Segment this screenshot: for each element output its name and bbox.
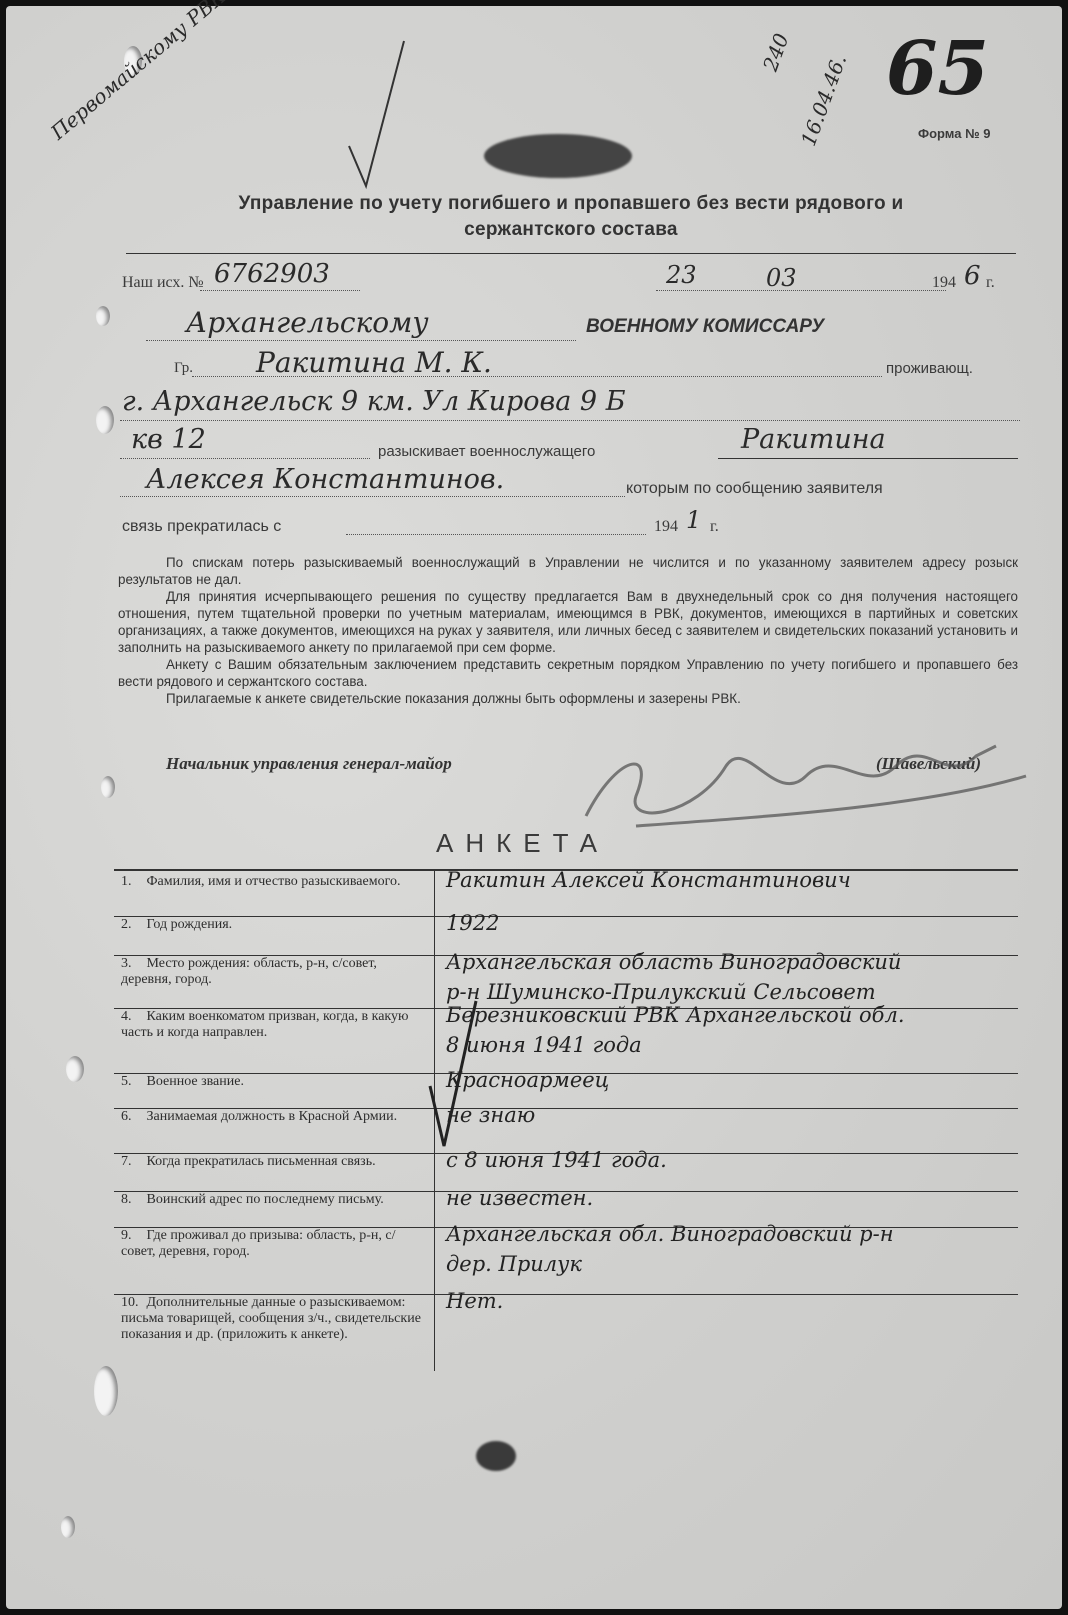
question-label: 5. Военное звание. [121, 1074, 426, 1090]
question-text: Где проживал до призыва: область, р-н, с… [121, 1228, 395, 1259]
residing-label: проживающ. [886, 360, 973, 377]
question-number: 7. [121, 1154, 143, 1170]
question-text: Место рождения: область, р-н, с/совет, д… [121, 956, 377, 987]
handwritten-signature [576, 726, 1036, 836]
question-text: Каким военкоматом призван, когда, в каку… [121, 1009, 408, 1040]
form-label: Форма № 9 [918, 126, 990, 141]
question-text: Военное звание. [143, 1074, 244, 1089]
punch-hole [61, 1516, 75, 1538]
punch-hole [96, 406, 114, 434]
punch-hole [101, 776, 115, 798]
address-underline-2 [120, 458, 370, 459]
question-number: 8. [121, 1192, 143, 1208]
addressee-note: Первомайскому РВК. [46, 0, 235, 144]
question-label: 4. Каким военкоматом призван, когда, в к… [121, 1009, 426, 1041]
question-text: Год рождения. [143, 917, 232, 932]
per-message-label: которым по сообщению заявителя [626, 480, 883, 498]
paragraph-3: Анкету с Вашим обязательным заключением … [118, 656, 1018, 690]
address-underline-1 [120, 420, 1020, 421]
question-label: 9. Где проживал до призыва: область, р-н… [121, 1228, 426, 1260]
header-title-1: Управление по учету погибшего и пропавше… [126, 193, 1016, 215]
paragraph-4: Прилагаемые к анкете свидетельские показ… [118, 690, 1018, 707]
question-label: 3. Место рождения: область, р-н, с/совет… [121, 956, 426, 988]
signature-position: Начальник управления генерал-майор [166, 754, 452, 774]
incoming-date: 16.04.46. [796, 51, 851, 149]
addressee-underline [146, 340, 576, 341]
ref-day: 23 [666, 261, 697, 289]
archival-document: Первомайскому РВК. 240 16.04.46. 65 Форм… [6, 6, 1062, 1609]
our-ref-label: Наш исх. № [122, 274, 204, 292]
paragraph-2: Для принятия исчерпывающего решения по с… [118, 588, 1018, 656]
question-answer: Березниковский РВК Архангельской обл. [446, 1003, 905, 1027]
paragraph-1: По спискам потерь разыскиваемый военносл… [118, 554, 1018, 588]
question-label: 1. Фамилия, имя и отчество разыскиваемог… [121, 874, 426, 890]
punch-hole [94, 1366, 118, 1416]
check-mark [426, 996, 486, 1166]
punch-hole [66, 1056, 84, 1082]
question-text: Когда прекратилась письменная связь. [143, 1154, 376, 1169]
ref-year-suffix: 6 [964, 261, 981, 291]
check-mark [344, 36, 424, 196]
question-answer: не известен. [446, 1186, 593, 1210]
question-label: 7. Когда прекратилась письменная связь. [121, 1154, 426, 1170]
lost-contact-underline [346, 534, 646, 535]
question-number: 9. [121, 1228, 143, 1244]
question-answer: Нет. [446, 1289, 503, 1313]
divider [126, 253, 1016, 254]
lost-year-prefix: 194 [654, 518, 678, 536]
question-number: 3. [121, 956, 143, 972]
ref-month: 03 [766, 264, 797, 292]
ref-underline [200, 290, 360, 291]
question-number: 4. [121, 1009, 143, 1025]
header-title-2: сержантского состава [126, 219, 1016, 241]
surname-underline [718, 458, 1018, 459]
question-label: 2. Год рождения. [121, 917, 426, 933]
question-answer: Архангельская обл. Виноградовский р-н [446, 1222, 894, 1246]
question-number: 1. [121, 874, 143, 890]
body-text: По спискам потерь разыскиваемый военносл… [118, 554, 1018, 707]
question-text: Воинский адрес по последнему письму. [143, 1192, 384, 1207]
ink-blot [476, 1441, 516, 1471]
questionnaire-title: АНКЕТА [436, 828, 609, 859]
address-line-2: кв 12 [131, 424, 206, 455]
question-label: 10. Дополнительные данные о разыскиваемо… [121, 1295, 426, 1343]
question-label: 6. Занимаемая должность в Красной Армии. [121, 1109, 426, 1125]
ref-year-g: г. [986, 274, 995, 292]
question-number: 2. [121, 917, 143, 933]
page-number: 65 [886, 26, 989, 112]
soldier-name-underline [120, 496, 625, 497]
question-answer: 1922 [446, 911, 499, 935]
applicant-name: Ракитина М. К. [256, 346, 492, 379]
ink-blot [484, 134, 632, 178]
question-number: 5. [121, 1074, 143, 1090]
searches-label: разыскивает военнослужащего [378, 443, 595, 460]
question-answer: Ракитин Алексей Константинович [446, 868, 851, 892]
our-ref-number: 6762903 [214, 259, 330, 289]
date-underline [656, 290, 946, 291]
question-label: 8. Воинский адрес по последнему письму. [121, 1192, 426, 1208]
soldier-surname: Ракитина [741, 424, 886, 455]
question-number: 6. [121, 1109, 143, 1125]
incoming-number: 240 [758, 30, 794, 74]
question-text: Занимаемая должность в Красной Армии. [143, 1109, 397, 1124]
soldier-name: Алексея Константинов. [146, 464, 504, 495]
question-answer: Архангельская область Виноградовский [446, 950, 901, 974]
question-text: Фамилия, имя и отчество разыскиваемого. [143, 874, 400, 889]
question-text: Дополнительные данные о разыскиваемом: п… [121, 1295, 421, 1342]
lost-year-g: г. [710, 518, 719, 536]
punch-hole [96, 306, 110, 326]
address-line-1: г. Архангельск 9 км. Ул Кирова 9 Б [122, 386, 626, 417]
question-number: 10. [121, 1295, 143, 1311]
addressee-handwritten: Архангельскому [186, 306, 429, 339]
lost-contact-label: связь прекратилась с [122, 518, 281, 536]
addressee-printed: ВОЕННОМУ КОМИССАРУ [586, 316, 824, 338]
ref-year-prefix: 194 [932, 274, 956, 292]
question-answer: р-н Шуминско-Прилукский Сельсовет [446, 980, 876, 1004]
gr-label: Гр. [174, 360, 193, 377]
question-answer: дер. Прилук [446, 1252, 582, 1276]
lost-year-suffix: 1 [686, 506, 701, 534]
